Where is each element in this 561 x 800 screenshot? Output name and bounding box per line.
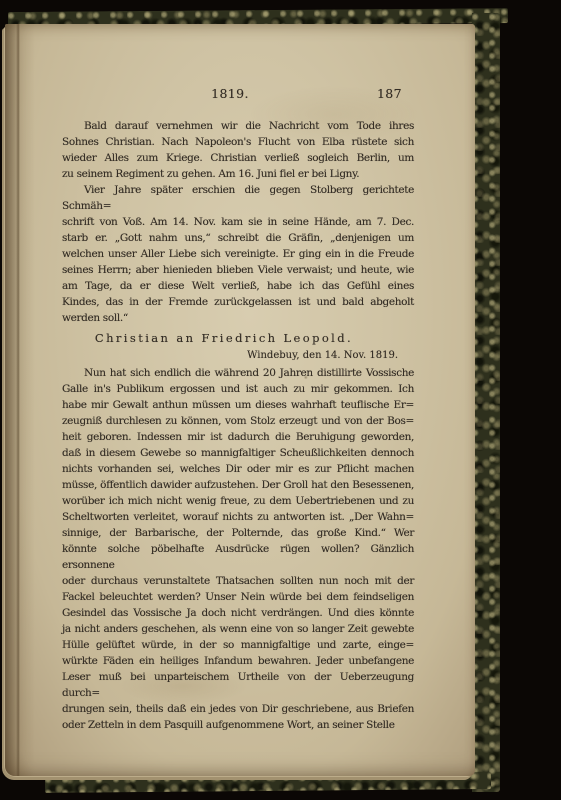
photo-background: 1819. 187 Bald darauf vernehmen wir die … (0, 0, 561, 800)
text-line: daß in diesem Gewebe so mannigfaltiger S… (62, 445, 414, 461)
book-board-right-edge (472, 13, 500, 792)
text-line: werden soll.“ (62, 310, 414, 326)
text-line: oder Zetteln in dem Pasquill aufgenommen… (62, 717, 414, 733)
text-line: oder durchaus verunstaltete Thatsachen s… (62, 573, 414, 589)
text-line: schrift von Voß. Am 14. Nov. kam sie in … (62, 214, 414, 230)
text-line: Leser muß bei unparteischem Urtheile von… (62, 669, 414, 701)
text-line: Fackel beleuchtet werden? Unser Nein wür… (62, 589, 414, 605)
text-line: Scheltworten verleitet, worauf nichts zu… (62, 509, 414, 525)
text-line: Kindes, das in der Fremde zurückgelassen… (62, 294, 414, 310)
page-number: 187 (377, 86, 402, 101)
paragraph-1: Bald darauf vernehmen wir die Nachricht … (62, 118, 414, 182)
text-line: zu seinem Regiment zu gehen. Am 16. Juni… (62, 166, 414, 182)
running-head-year: 1819. (54, 86, 406, 101)
text-line: Hülle gelüftet würde, in der so mannigfa… (62, 637, 414, 653)
gutter-shadow (5, 24, 35, 776)
text-line: welchen unser Aller Liebe sich vereinigt… (62, 246, 414, 262)
text-line: heit geboren. Indessen mir ist dadurch d… (62, 429, 414, 445)
paragraph-2: Vier Jahre später erschien die gegen Sto… (62, 182, 414, 326)
page-text-block: 1819. 187 Bald darauf vernehmen wir die … (62, 86, 414, 733)
text-line: zeugniß durchlesen zu können, vom Stolz … (62, 413, 414, 429)
paragraph-3: Nun hat sich endlich die während 20 Jahr… (62, 365, 414, 733)
text-line: würkte Fäden ein heiliges Infandum bewah… (62, 653, 414, 669)
text-line: Bald darauf vernehmen wir die Nachricht … (62, 118, 414, 134)
letter-dateline: Windebuy, den 14. Nov. 1819. (62, 348, 414, 363)
text-line: sinnige, der Barbarische, der Polternde,… (62, 525, 414, 541)
text-line: Nun hat sich endlich die während 20 Jahr… (62, 365, 414, 381)
running-head: 1819. 187 (62, 86, 414, 102)
text-line: müsse, öffentlich dawider aufzustehen. D… (62, 477, 414, 493)
text-line: Sohnes Christian. Nach Napoleon's Flucht… (62, 134, 414, 150)
text-line: starb er. „Gott nahm uns,“ schreibt die … (62, 230, 414, 246)
text-line: seines Herrn; aber hienieden blieben Vie… (62, 262, 414, 278)
letter-heading: Christian an Friedrich Leopold. (48, 329, 400, 348)
text-line: nichts vorhanden sei, welches Dir oder m… (62, 461, 414, 477)
page-crease (16, 24, 20, 776)
text-line: könnte solche pöbelhafte Ausdrücke rügen… (62, 541, 414, 573)
text-line: ja nicht anders geschehen, als wenn eine… (62, 621, 414, 637)
text-line: am Tage, da er diese Welt verließ, habe … (62, 278, 414, 294)
text-line: worüber ich mich nicht wenig freue, zu d… (62, 493, 414, 509)
text-line: Gesindel das Vossische Ja doch nicht ver… (62, 605, 414, 621)
text-line: Galle in's Publikum ergossen und ist auc… (62, 381, 414, 397)
text-line: Vier Jahre später erschien die gegen Sto… (62, 182, 414, 214)
text-line: wieder Alles zum Kriege. Christian verli… (62, 150, 414, 166)
text-line: drungen sein, theils daß ein jedes von D… (62, 701, 414, 717)
text-line: habe mir Gewalt anthun müssen um dieses … (62, 397, 414, 413)
